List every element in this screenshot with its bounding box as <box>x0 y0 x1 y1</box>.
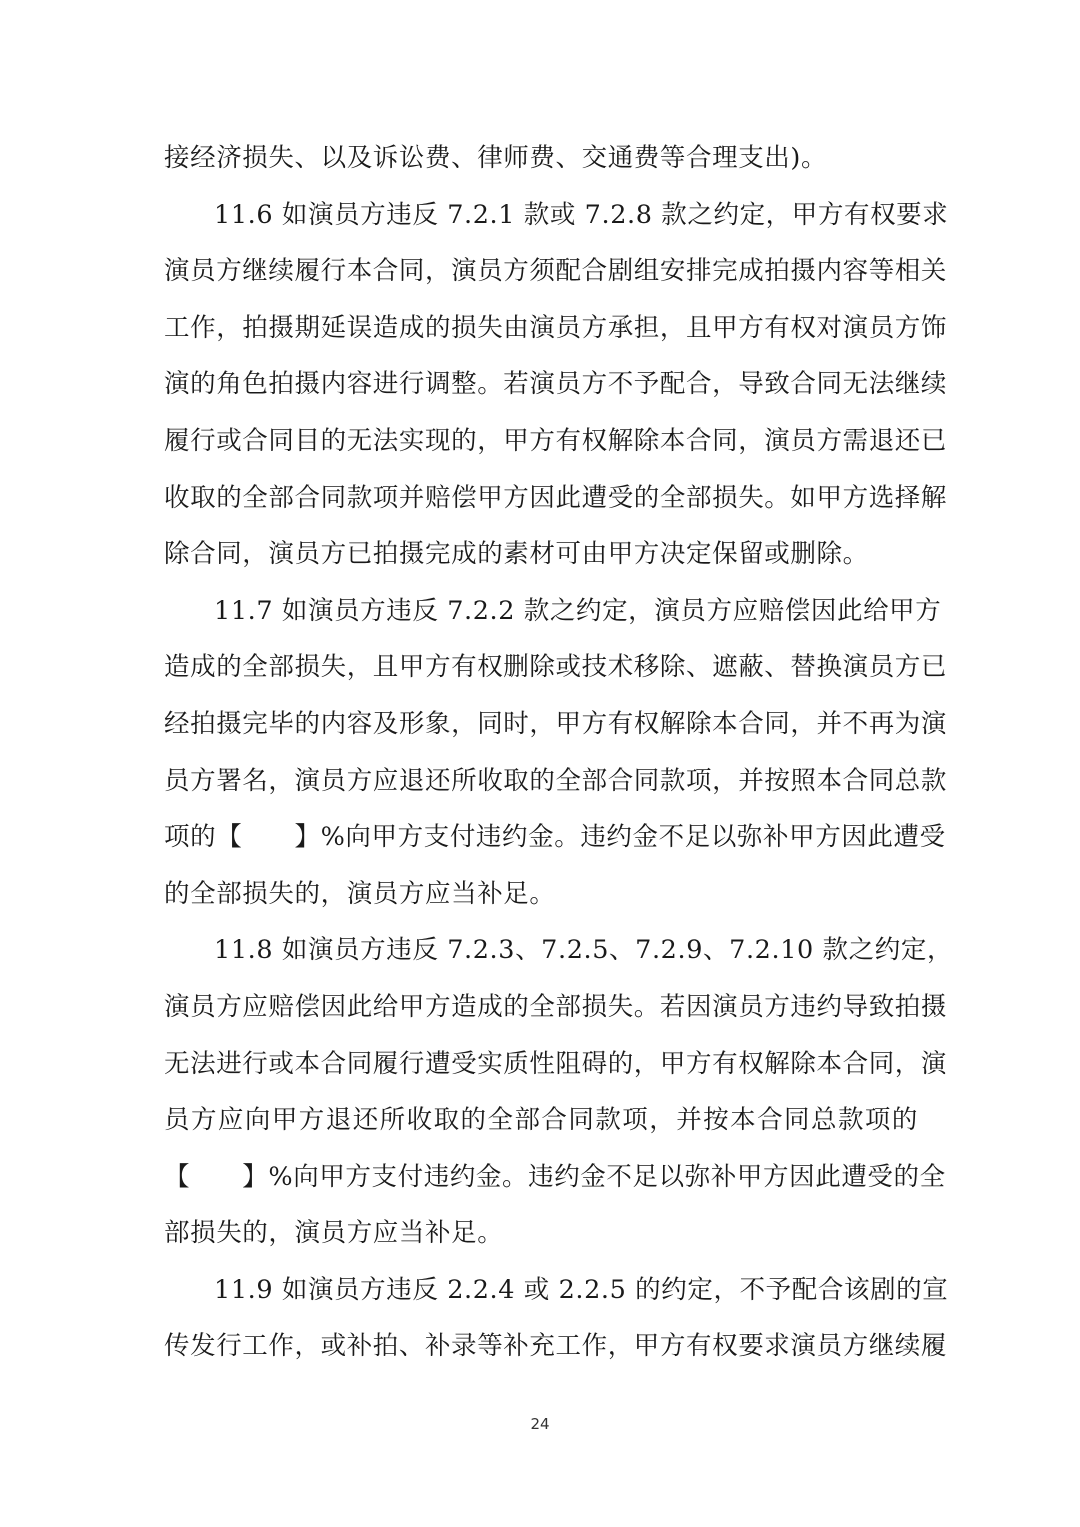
text-line: 传发行工作，或补拍、补录等补充工作，甲方有权要求演员方继续履 <box>164 1318 918 1375</box>
paragraph-continuation: 接经济损失、以及诉讼费、律师费、交通费等合理支出)。 <box>164 130 918 187</box>
text-line: 无法进行或本合同履行遭受实质性阻碍的，甲方有权解除本合同，演 <box>164 1036 918 1093</box>
text-line: 11.9 如演员方违反 2.2.4 或 2.2.5 的约定，不予配合该剧的宣 <box>164 1262 918 1319</box>
text-line: 演员方继续履行本合同，演员方须配合剧组安排完成拍摄内容等相关 <box>164 243 918 300</box>
text-line: 项的【 】%向甲方支付违约金。违约金不足以弥补甲方因此遭受 <box>164 809 918 866</box>
text-line: 的全部损失的，演员方应当补足。 <box>164 866 918 923</box>
text-line: 11.8 如演员方违反 7.2.3、7.2.5、7.2.9、7.2.10 款之约… <box>164 922 918 979</box>
page-number: 24 <box>0 1415 1080 1433</box>
paragraph-clause-11-9: 11.9 如演员方违反 2.2.4 或 2.2.5 的约定，不予配合该剧的宣传发… <box>164 1262 918 1375</box>
text-line: 收取的全部合同款项并赔偿甲方因此遭受的全部损失。如甲方选择解 <box>164 470 918 527</box>
text-line: 除合同，演员方已拍摄完成的素材可由甲方决定保留或删除。 <box>164 526 918 583</box>
text-line: 【 】%向甲方支付违约金。违约金不足以弥补甲方因此遭受的全 <box>164 1149 918 1206</box>
text-line: 11.6 如演员方违反 7.2.1 款或 7.2.8 款之约定，甲方有权要求 <box>164 187 918 244</box>
text-line: 11.7 如演员方违反 7.2.2 款之约定，演员方应赔偿因此给甲方 <box>164 583 918 640</box>
paragraph-clause-11-8: 11.8 如演员方违反 7.2.3、7.2.5、7.2.9、7.2.10 款之约… <box>164 922 918 1262</box>
document-body: 接经济损失、以及诉讼费、律师费、交通费等合理支出)。11.6 如演员方违反 7.… <box>164 130 918 1375</box>
text-line: 接经济损失、以及诉讼费、律师费、交通费等合理支出)。 <box>164 130 918 187</box>
paragraph-clause-11-6: 11.6 如演员方违反 7.2.1 款或 7.2.8 款之约定，甲方有权要求演员… <box>164 187 918 583</box>
text-line: 经拍摄完毕的内容及形象，同时，甲方有权解除本合同，并不再为演 <box>164 696 918 753</box>
text-line: 造成的全部损失，且甲方有权删除或技术移除、遮蔽、替换演员方已 <box>164 639 918 696</box>
text-line: 部损失的，演员方应当补足。 <box>164 1205 918 1262</box>
text-line: 员方署名，演员方应退还所收取的全部合同款项，并按照本合同总款 <box>164 753 918 810</box>
document-page: 接经济损失、以及诉讼费、律师费、交通费等合理支出)。11.6 如演员方违反 7.… <box>0 0 1080 1527</box>
text-line: 履行或合同目的无法实现的，甲方有权解除本合同，演员方需退还已 <box>164 413 918 470</box>
text-line: 工作，拍摄期延误造成的损失由演员方承担，且甲方有权对演员方饰 <box>164 300 918 357</box>
text-line: 演的角色拍摄内容进行调整。若演员方不予配合，导致合同无法继续 <box>164 356 918 413</box>
text-line: 员方应向甲方退还所收取的全部合同款项，并按本合同总款项的 <box>164 1092 918 1149</box>
text-line: 演员方应赔偿因此给甲方造成的全部损失。若因演员方违约导致拍摄 <box>164 979 918 1036</box>
paragraph-clause-11-7: 11.7 如演员方违反 7.2.2 款之约定，演员方应赔偿因此给甲方造成的全部损… <box>164 583 918 923</box>
